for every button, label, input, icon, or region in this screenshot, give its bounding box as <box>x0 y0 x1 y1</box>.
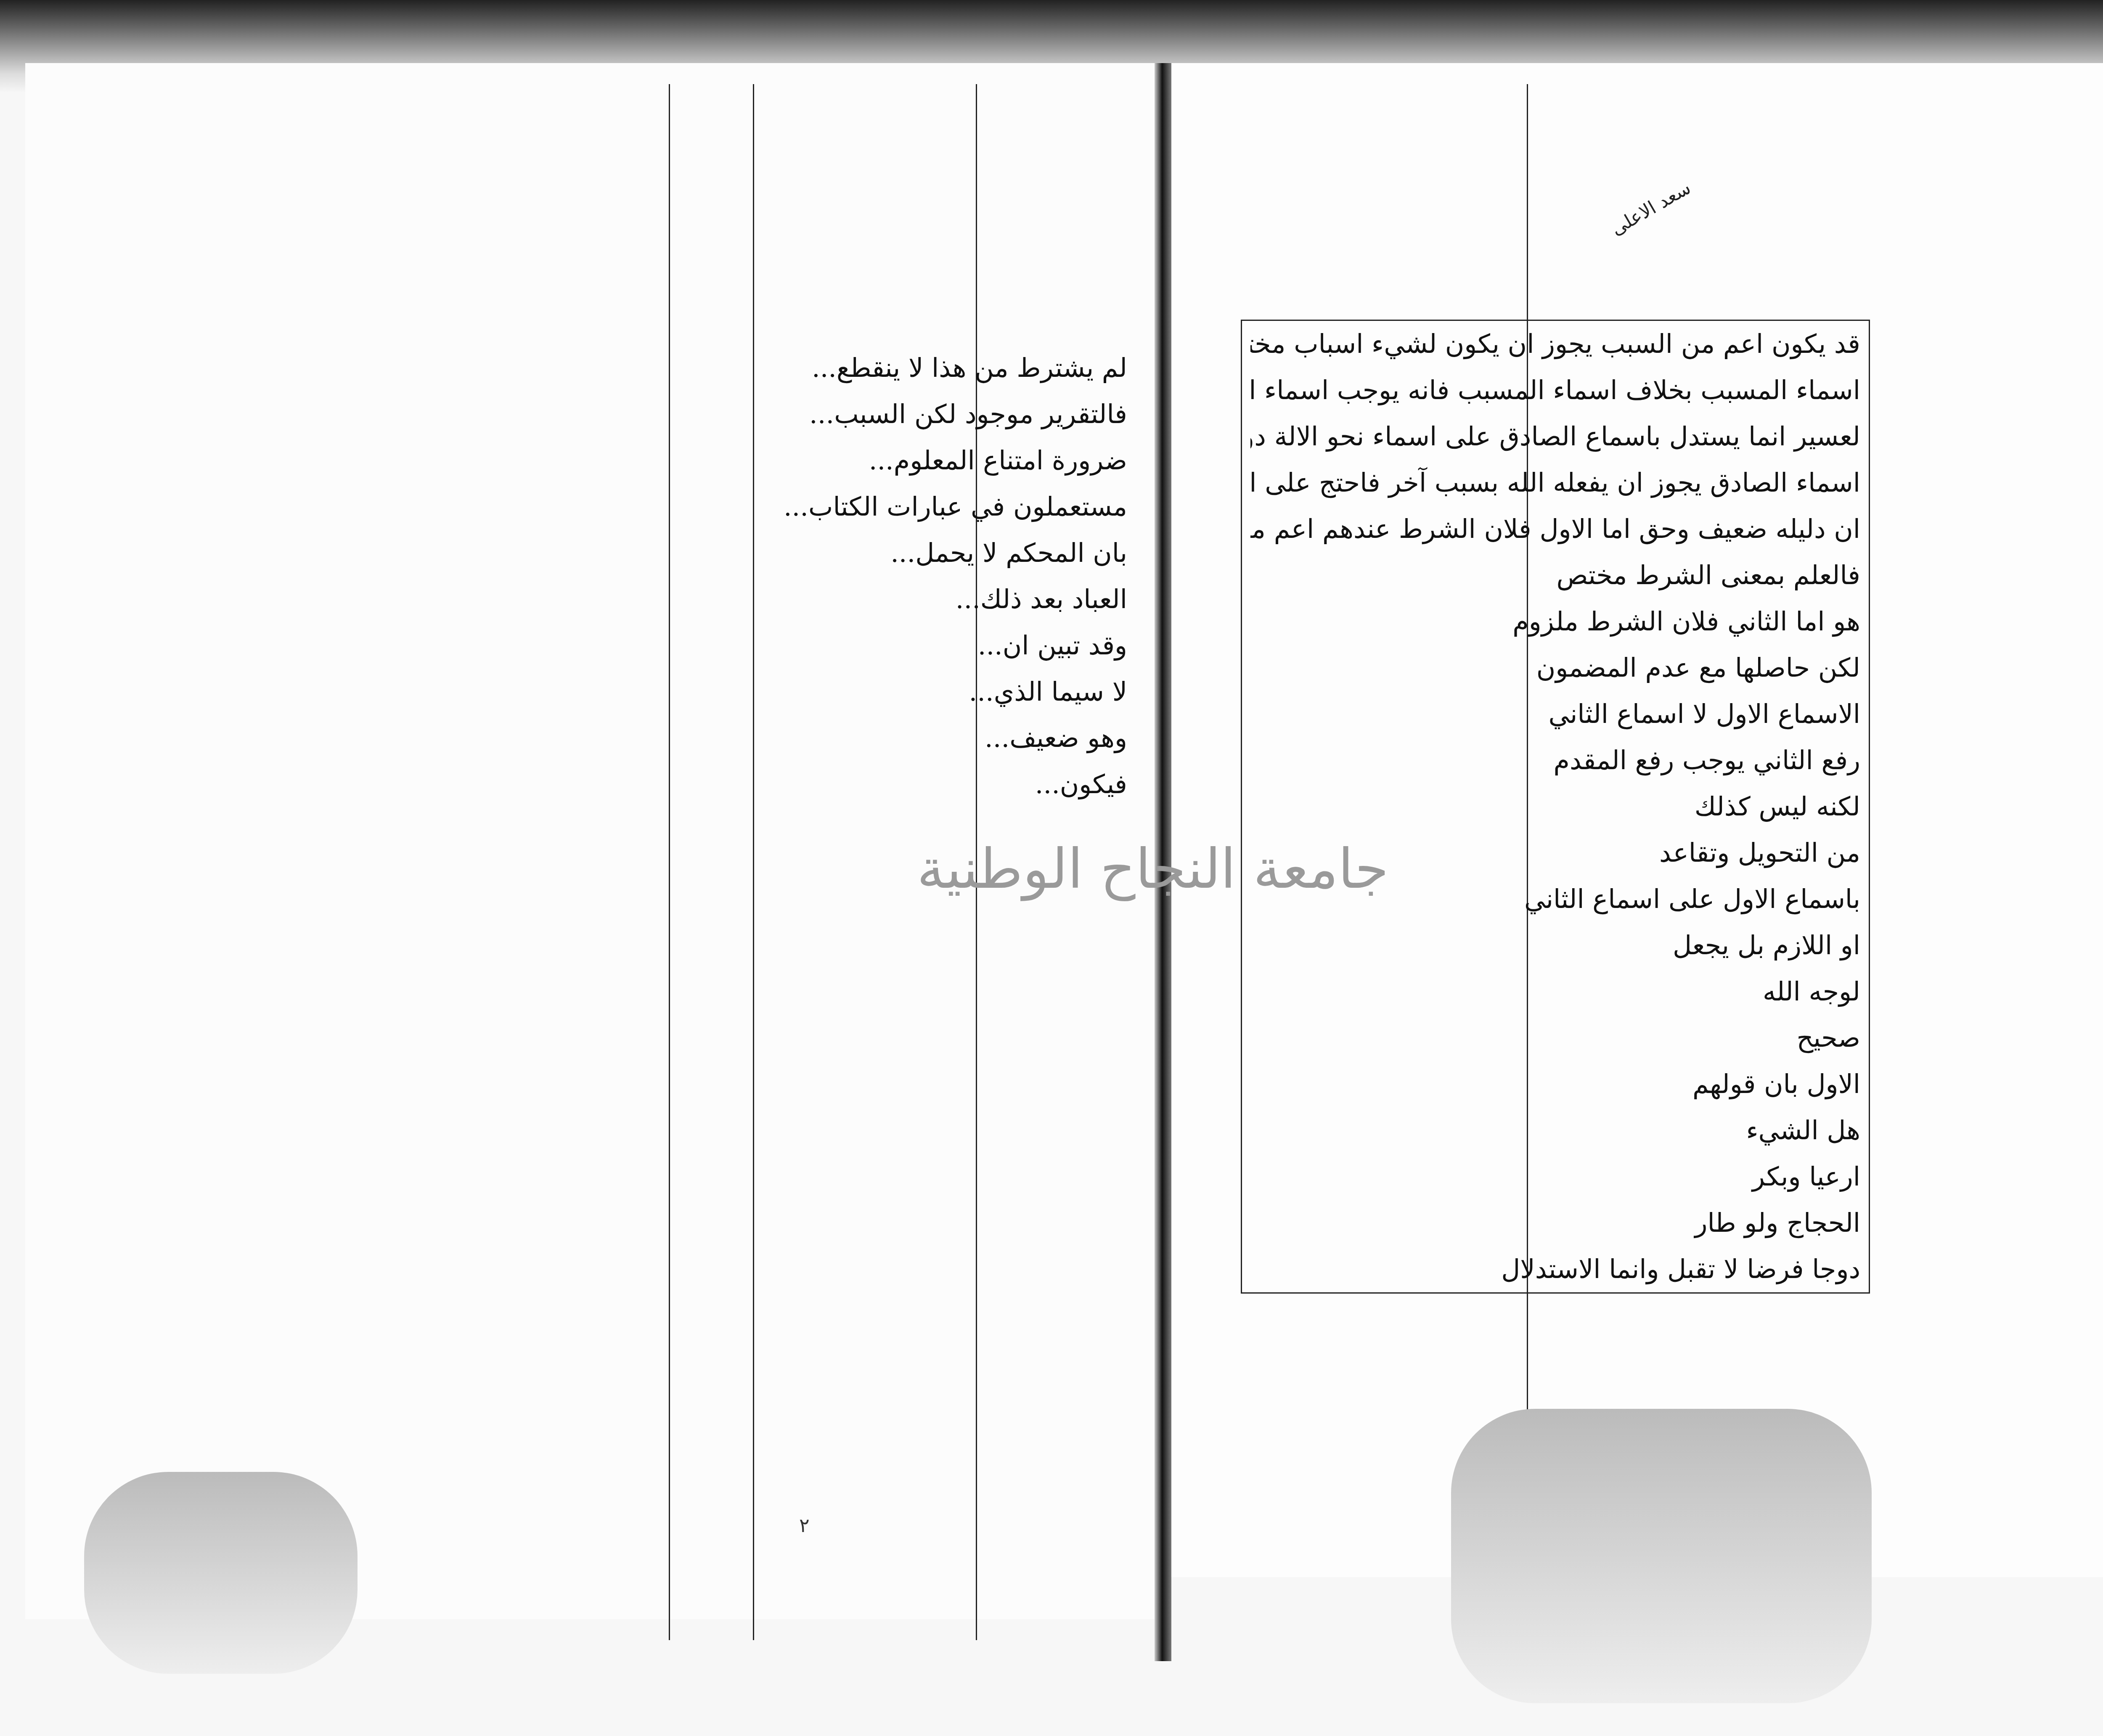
text-line: دوجا فرضا لا تقبل وانما الاستدلال <box>1250 1246 1860 1292</box>
holding-hand <box>1451 1409 1872 1703</box>
text-line: الاسماع الاول لا اسماع الثاني <box>1250 691 1860 737</box>
right-page-text: قد يكون اعم من السبب يجوز ان يكون لشيء ا… <box>1241 320 1870 1294</box>
text-line: الحجاج ولو طار <box>1250 1200 1860 1246</box>
text-line: لكن حاصلها مع عدم المضمون <box>1250 645 1860 691</box>
text-line: لم يشترط من هذا لا ينقطع... <box>505 345 1127 391</box>
text-line: ارعيا وبكر <box>1250 1154 1860 1200</box>
text-line: رفع الثاني يوجب رفع المقدم <box>1250 737 1860 783</box>
text-line: قد يكون اعم من السبب يجوز ان يكون لشيء ا… <box>1250 321 1860 367</box>
text-line: لكنه ليس كذلك <box>1250 783 1860 830</box>
text-line: لا سيما الذي... <box>505 669 1127 715</box>
text-line: ضرورة امتناع المعلوم... <box>505 437 1127 484</box>
text-line: اسماء الصادق يجوز ان يفعله الله بسبب آخر… <box>1250 460 1860 506</box>
holding-hand <box>84 1472 358 1674</box>
text-line: الاول بان قولهم <box>1250 1061 1860 1107</box>
text-line: وقد تبين ان... <box>505 622 1127 669</box>
watermark: جامعة النجاح الوطنية <box>917 837 1389 901</box>
text-line: صحيح <box>1250 1015 1860 1061</box>
ruled-line <box>669 84 670 1640</box>
text-line: فالعلم بمعنى الشرط مختص <box>1250 552 1860 598</box>
text-line: لوجه الله <box>1250 969 1860 1015</box>
text-line: هل الشيء <box>1250 1107 1860 1154</box>
text-line: العباد بعد ذلك... <box>505 576 1127 622</box>
text-line: لعسير انما يستدل باسماع الصادق على اسماء… <box>1250 413 1860 460</box>
text-line: اسماء المسبب بخلاف اسماء المسبب فانه يوج… <box>1250 367 1860 413</box>
text-line: مستعملون في عبارات الكتاب... <box>505 484 1127 530</box>
text-line: او اللازم بل يجعل <box>1250 922 1860 969</box>
text-line: فيكون... <box>505 761 1127 807</box>
ruled-line <box>753 84 754 1640</box>
left-page-text: لم يشترط من هذا لا ينقطع... فالتقرير موج… <box>505 345 1127 807</box>
text-line: بان المحكم لا يحمل... <box>505 530 1127 576</box>
text-line: وهو ضعيف... <box>505 715 1127 761</box>
page-number: ٢ <box>799 1514 810 1537</box>
text-line: فالتقرير موجود لكن السبب... <box>505 391 1127 437</box>
text-line: هو اما الثاني فلان الشرط ملزوم <box>1250 598 1860 645</box>
text-line: ان دليله ضعيف وحق اما الاول فلان الشرط ع… <box>1250 506 1860 552</box>
